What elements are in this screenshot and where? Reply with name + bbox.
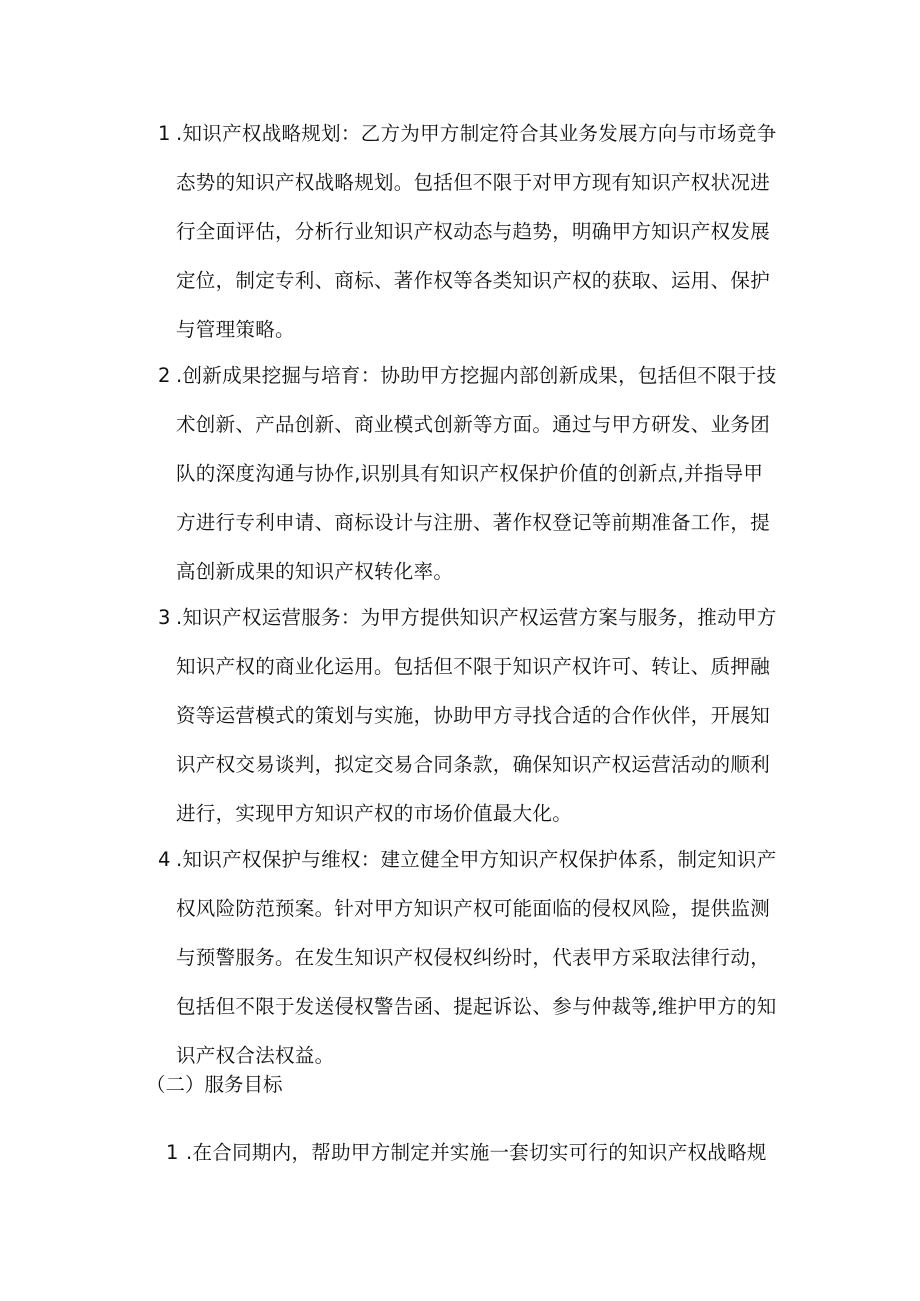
- item-line: 知识产权的商业化运用。包括但不限于知识产权许可、转让、质押融: [176, 655, 770, 679]
- item-line: 进行，实现甲方知识产权的市场价值最大化。: [176, 802, 572, 826]
- section-heading: （二）服务目标: [146, 1073, 283, 1097]
- item-line: 行全面评估，分析行业知识产权动态与趋势，明确甲方知识产权发展: [176, 220, 770, 244]
- item-number: 3: [158, 606, 171, 630]
- item-line: .知识产权战略规划：乙方为甲方制定符合其业务发展方向与市场竞争: [176, 122, 777, 146]
- item-line: .知识产权运营服务：为甲方提供知识产权运营方案与服务，推动甲方: [176, 606, 777, 630]
- item-line: 队的深度沟通与协作,识别具有知识产权保护价值的创新点,并指导甲: [176, 462, 763, 486]
- item-line: .创新成果挖掘与培育：协助甲方挖掘内部创新成果，包括但不限于技: [176, 364, 777, 388]
- item-line: 包括但不限于发送侵权警告函、提起诉讼、参与仲裁等,维护甲方的知: [176, 995, 777, 1019]
- item-line: 术创新、产品创新、商业模式创新等方面。通过与甲方研发、业务团: [176, 413, 770, 437]
- item-line: 资等运营模式的策划与实施，协助甲方寻找合适的合作伙伴，开展知: [176, 704, 770, 728]
- item-line: 定位，制定专利、商标、著作权等各类知识产权的获取、运用、保护: [176, 269, 770, 293]
- item-line: 态势的知识产权战略规划。包括但不限于对甲方现有知识产权状况进: [176, 171, 770, 195]
- item-line: 识产权交易谈判，拟定交易合同条款，确保知识产权运营活动的顺利: [176, 753, 770, 777]
- item-line: 与预警服务。在发生知识产权侵权纠纷时，代表甲方采取法律行动，: [176, 946, 770, 970]
- item-number: 4: [158, 848, 171, 872]
- item-number: 1: [158, 122, 171, 146]
- item-line: .在合同期内，帮助甲方制定并实施一套切实可行的知识产权战略规: [186, 1141, 767, 1165]
- item-line: 方进行专利申请、商标设计与注册、著作权登记等前期准备工作，提: [176, 511, 770, 535]
- item-number: 2: [158, 364, 171, 388]
- item-line: 高创新成果的知识产权转化率。: [176, 560, 453, 584]
- item-line: .知识产权保护与维权：建立健全甲方知识产权保护体系，制定知识产: [176, 848, 777, 872]
- item-line: 权风险防范预案。针对甲方知识产权可能面临的侵权风险，提供监测: [176, 897, 770, 921]
- item-number: 1: [166, 1141, 179, 1165]
- document-page: 1 .知识产权战略规划：乙方为甲方制定符合其业务发展方向与市场竞争 态势的知识产…: [0, 0, 920, 1301]
- item-line: 识产权合法权益。: [176, 1044, 334, 1068]
- item-line: 与管理策略。: [176, 318, 295, 342]
